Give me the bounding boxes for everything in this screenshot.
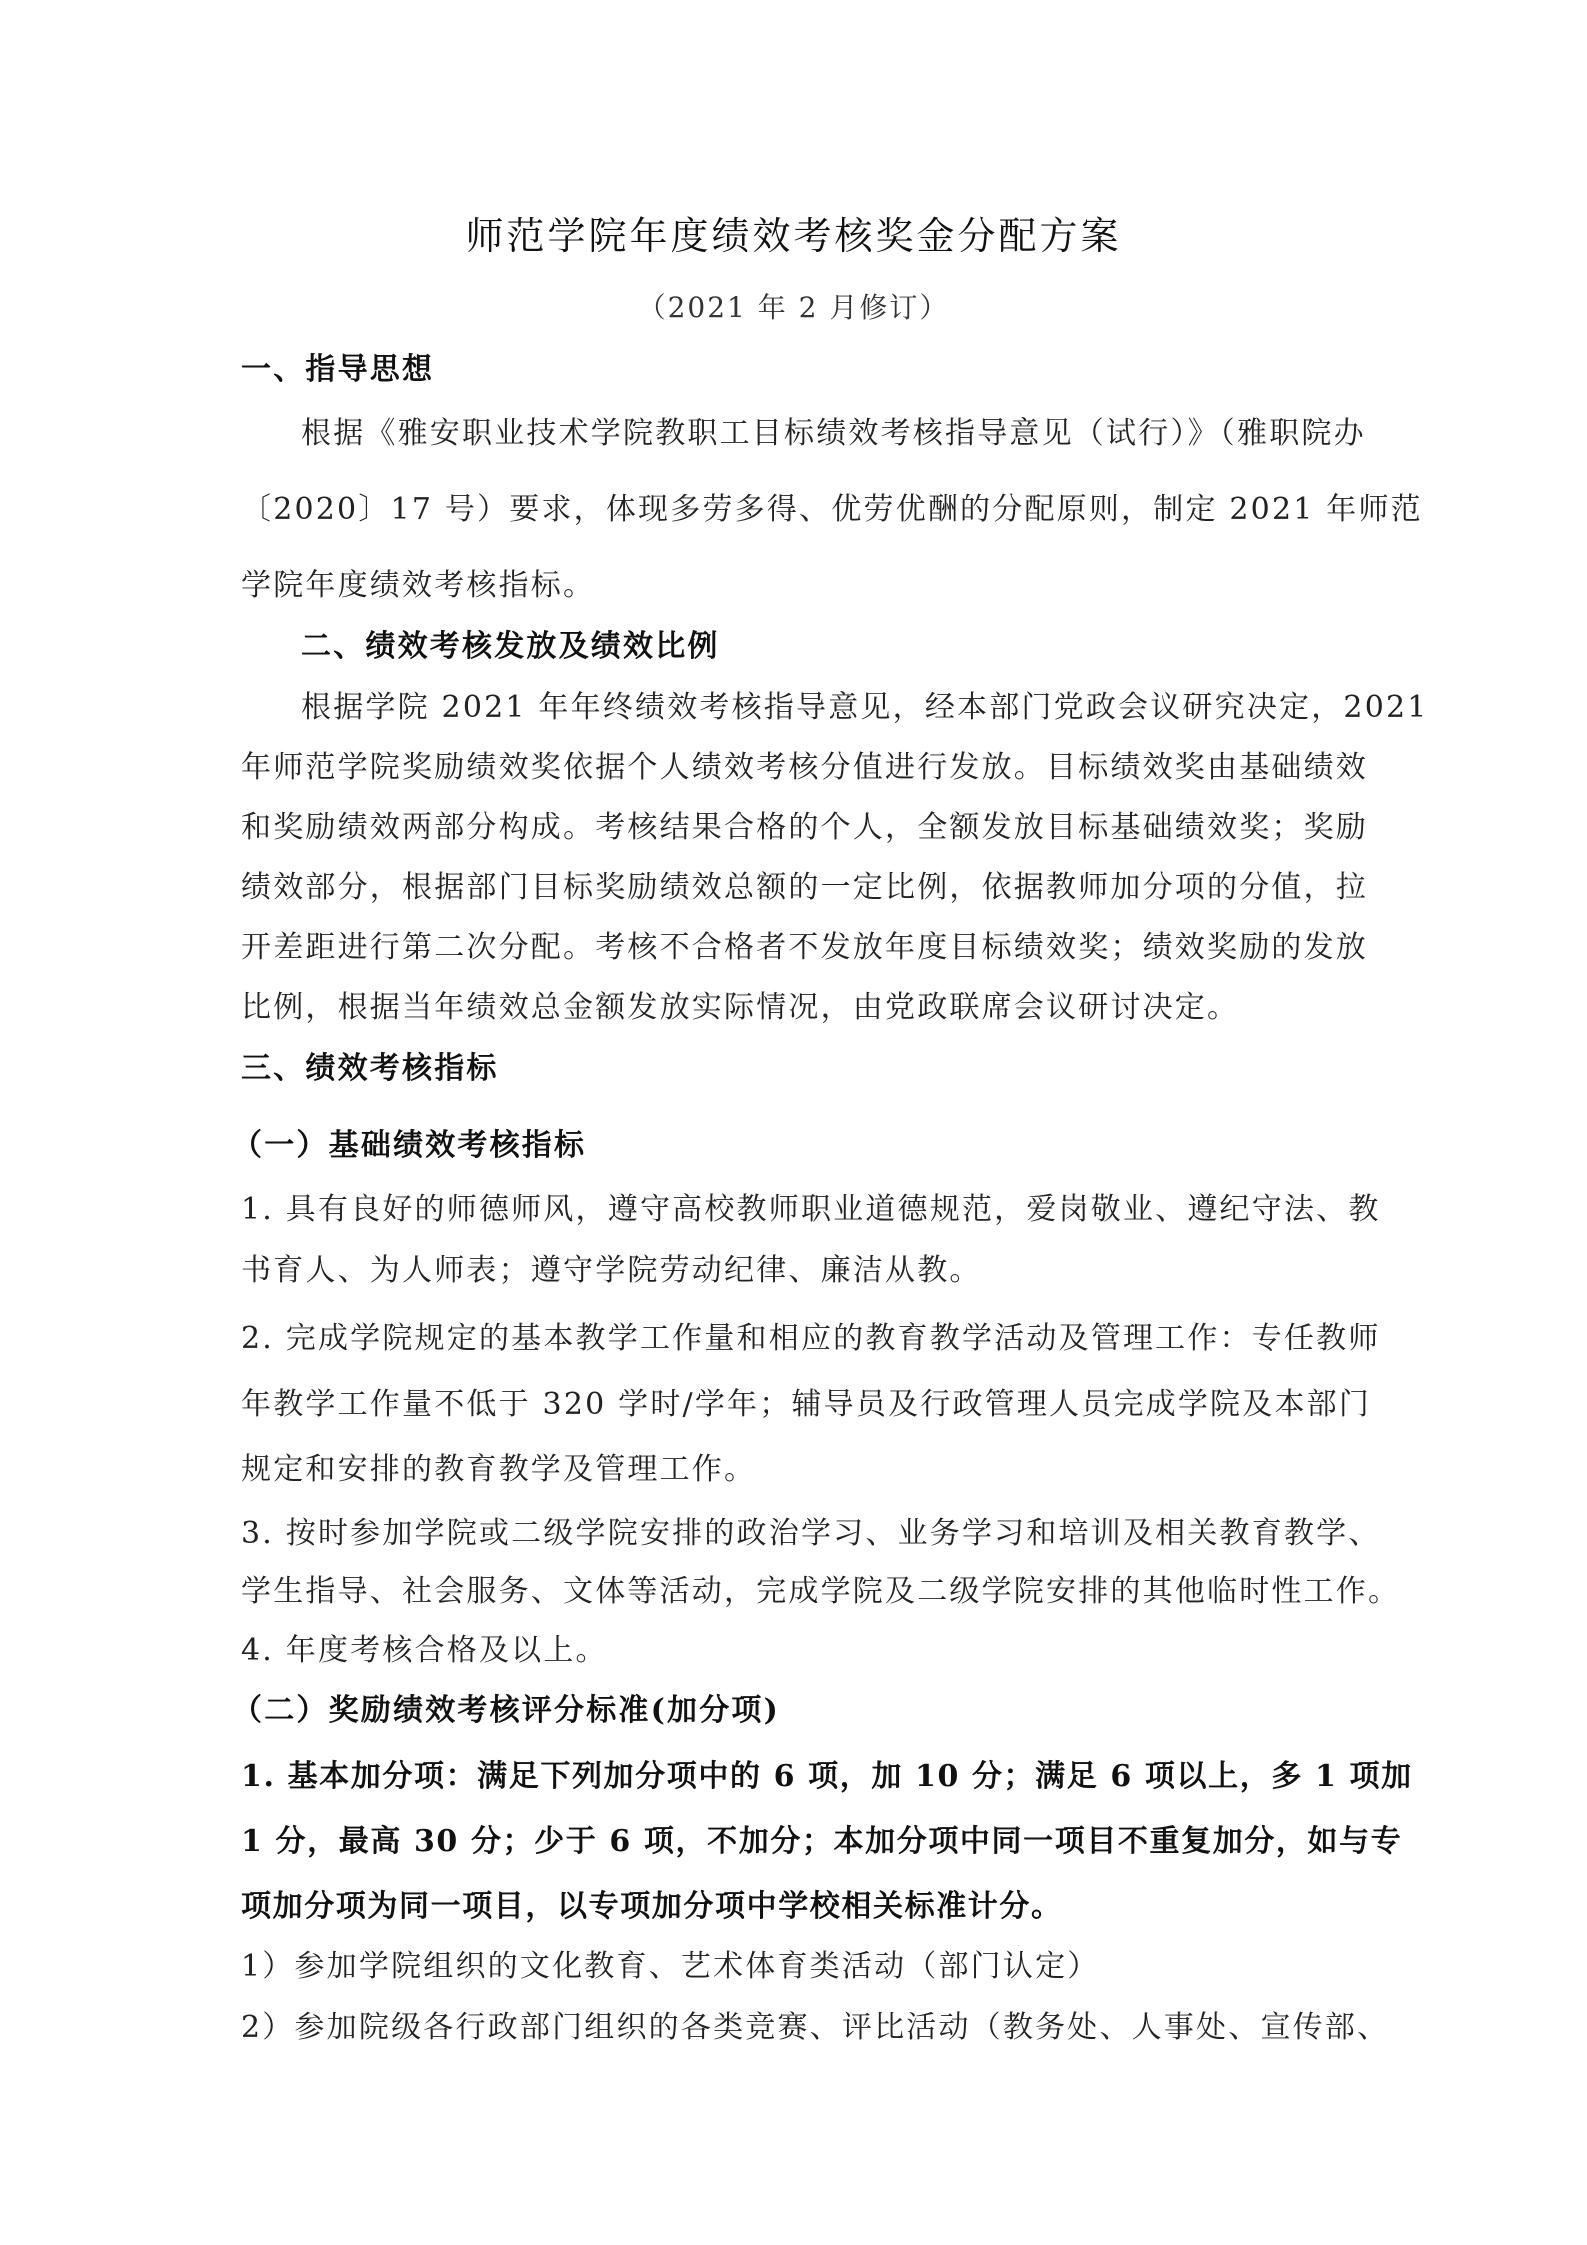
paragraph-line: 1. 具有良好的师德师风，遵守高校教师职业道德规范，爱岗敬业、遵纪守法、教 [241, 1190, 1351, 1230]
paragraph-line: 年教学工作量不低于 320 学时/学年；辅导员及行政管理人员完成学院及本部门 [241, 1385, 1351, 1425]
paragraph-line: 比例，根据当年绩效总金额发放实际情况，由党政联席会议研讨决定。 [241, 988, 1351, 1028]
paragraph-line: 绩效部分，根据部门目标奖励绩效总额的一定比例，依据教师加分项的分值，拉 [241, 868, 1351, 908]
paragraph-line: 开差距进行第二次分配。考核不合格者不发放年度目标绩效奖；绩效奖励的发放 [241, 928, 1351, 968]
document-subtitle: （2021 年 2 月修订） [0, 290, 1587, 326]
paragraph-line: 根据《雅安职业技术学院教职工目标绩效考核指导意见（试行）》（雅职院办 [301, 414, 1411, 454]
paragraph-line: 和奖励绩效两部分构成。考核结果合格的个人，全额发放目标基础绩效奖；奖励 [241, 808, 1351, 848]
paragraph-line: 3. 按时参加学院或二级学院安排的政治学习、业务学习和培训及相关教育教学、 [241, 1514, 1351, 1554]
list-item: 2）参加院级各行政部门组织的各类竞赛、评比活动（教务处、人事处、宣传部、 [241, 2008, 1351, 2048]
paragraph-line: 2. 完成学院规定的基本教学工作量和相应的教育教学活动及管理工作：专任教师 [241, 1319, 1351, 1359]
document-title: 师范学院年度绩效考核奖金分配方案 [0, 212, 1587, 260]
paragraph-line: 书育人、为人师表；遵守学院劳动纪律、廉洁从教。 [241, 1251, 1351, 1291]
section-heading-distribution: 二、绩效考核发放及绩效比例 [301, 627, 1411, 667]
section-heading-indicators: 三、绩效考核指标 [241, 1049, 1351, 1089]
paragraph-line: 规定和安排的教育教学及管理工作。 [241, 1450, 1351, 1490]
section-heading-guiding-ideology: 一、指导思想 [241, 350, 1351, 390]
subsection-heading-reward: （二）奖励绩效考核评分标准(加分项) [232, 1691, 1342, 1731]
paragraph-line: 学院年度绩效考核指标。 [241, 566, 1351, 606]
list-item: 1）参加学院组织的文化教育、艺术体育类活动（部门认定） [241, 1947, 1351, 1987]
bold-paragraph-line: 1 分，最高 30 分；少于 6 项，不加分；本加分项中同一项目不重复加分，如与… [241, 1822, 1351, 1862]
paragraph-line: 学生指导、社会服务、文体等活动，完成学院及二级学院安排的其他临时性工作。 [241, 1572, 1351, 1612]
bold-paragraph-line: 1. 基本加分项：满足下列加分项中的 6 项，加 10 分；满足 6 项以上，多… [241, 1757, 1351, 1797]
paragraph-line: 〔2020〕17 号）要求，体现多劳多得、优劳优酬的分配原则，制定 2021 年… [241, 490, 1351, 530]
paragraph-line: 根据学院 2021 年年终绩效考核指导意见，经本部门党政会议研究决定，2021 [301, 688, 1411, 728]
bold-paragraph-line: 项加分项为同一项目，以专项加分项中学校相关标准计分。 [241, 1887, 1351, 1927]
paragraph-line: 4. 年度考核合格及以上。 [241, 1631, 1351, 1671]
subsection-heading-basic: （一）基础绩效考核指标 [232, 1126, 1342, 1166]
paragraph-line: 年师范学院奖励绩效奖依据个人绩效考核分值进行发放。目标绩效奖由基础绩效 [241, 748, 1351, 788]
